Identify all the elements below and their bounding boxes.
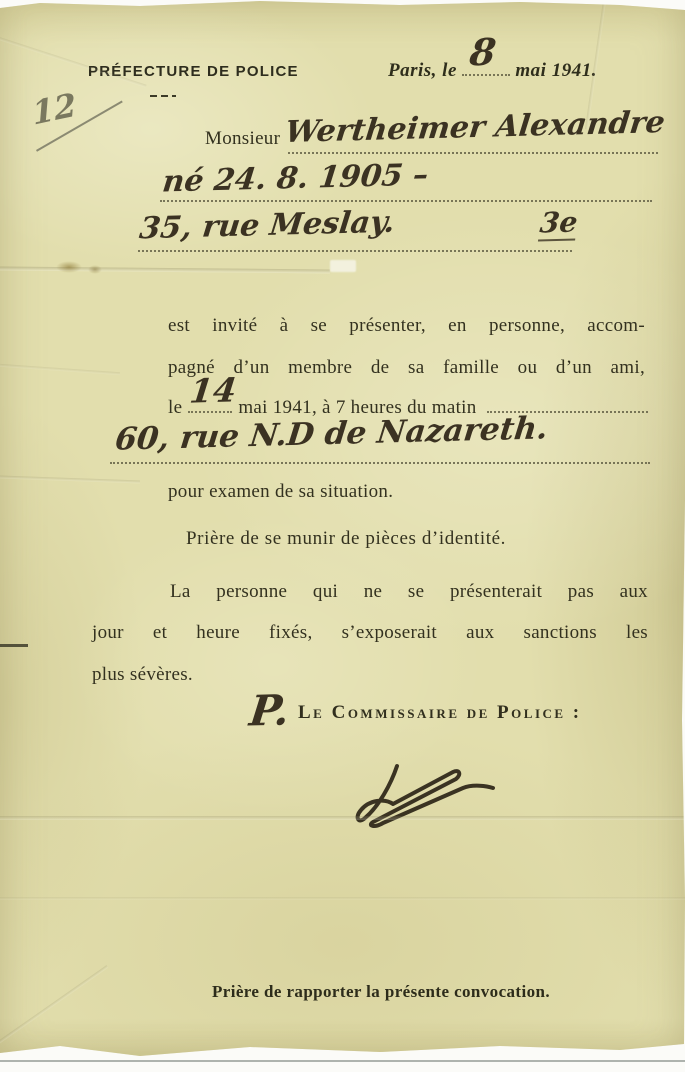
- dateline-prefix: Paris, le: [388, 60, 457, 81]
- document-paper: PRÉFECTURE DE POLICE Paris, le 8 mai 194…: [0, 0, 685, 1072]
- corner-number-pencil: 12: [30, 85, 78, 132]
- signature-scribble: [335, 758, 505, 833]
- dateline: Paris, le 8 mai 1941.: [388, 60, 597, 82]
- warning-line-1: La personne qui ne se présenterait pas a…: [92, 581, 648, 603]
- date-prefix: le: [168, 397, 182, 419]
- repair-patch: [330, 260, 356, 272]
- margin-mark: [0, 644, 28, 647]
- appointment-day-slot: 14: [188, 411, 232, 413]
- body-line-2: pagné d’un membre de sa famille ou d’un …: [168, 357, 645, 379]
- footer-notice: Prière de rapporter la présente convocat…: [212, 982, 550, 1002]
- stain: [88, 265, 102, 274]
- addressee-name-handwritten: Wertheimer Alexandre: [283, 105, 666, 150]
- dotted-line: [160, 200, 652, 202]
- warning-line-2: jour et heure fixés, s’exposerait aux sa…: [92, 622, 648, 644]
- crease: [0, 267, 330, 274]
- dateline-suffix: mai 1941.: [515, 60, 597, 81]
- body-line-1: est invité à se présenter, en personne, …: [168, 315, 645, 337]
- salutation: Monsieur: [205, 128, 280, 150]
- appointment-day-handwritten: 14: [188, 370, 239, 410]
- dash-separator: [150, 95, 176, 97]
- agency-name: PRÉFECTURE DE POLICE: [88, 63, 299, 80]
- purpose-line: pour examen de sa situation.: [168, 481, 393, 503]
- crease: [0, 965, 108, 1048]
- date-day-slot: 8: [462, 74, 510, 76]
- address-arrondissement-handwritten: 3e: [538, 206, 579, 242]
- dotted-line: [288, 152, 658, 154]
- dotted-line: [110, 462, 650, 464]
- warning-line-3: plus sévères.: [92, 664, 193, 686]
- stain: [56, 261, 82, 273]
- birth-line-handwritten: né 24. 8. 1905 –: [161, 158, 431, 200]
- crease: [0, 364, 120, 375]
- address-street-handwritten: 35, rue Meslay.: [138, 205, 397, 247]
- dotted-line: [138, 250, 572, 252]
- scan-edge-line: [0, 1060, 685, 1062]
- crease: [0, 897, 685, 900]
- identity-notice: Prière de se munir de pièces d’identité.: [186, 528, 506, 550]
- crease: [0, 476, 140, 484]
- commissaire-initial-handwritten: P.: [247, 685, 292, 735]
- date-day-handwritten: 8: [468, 30, 499, 75]
- commissaire-title: Le Commissaire de Police :: [298, 702, 582, 724]
